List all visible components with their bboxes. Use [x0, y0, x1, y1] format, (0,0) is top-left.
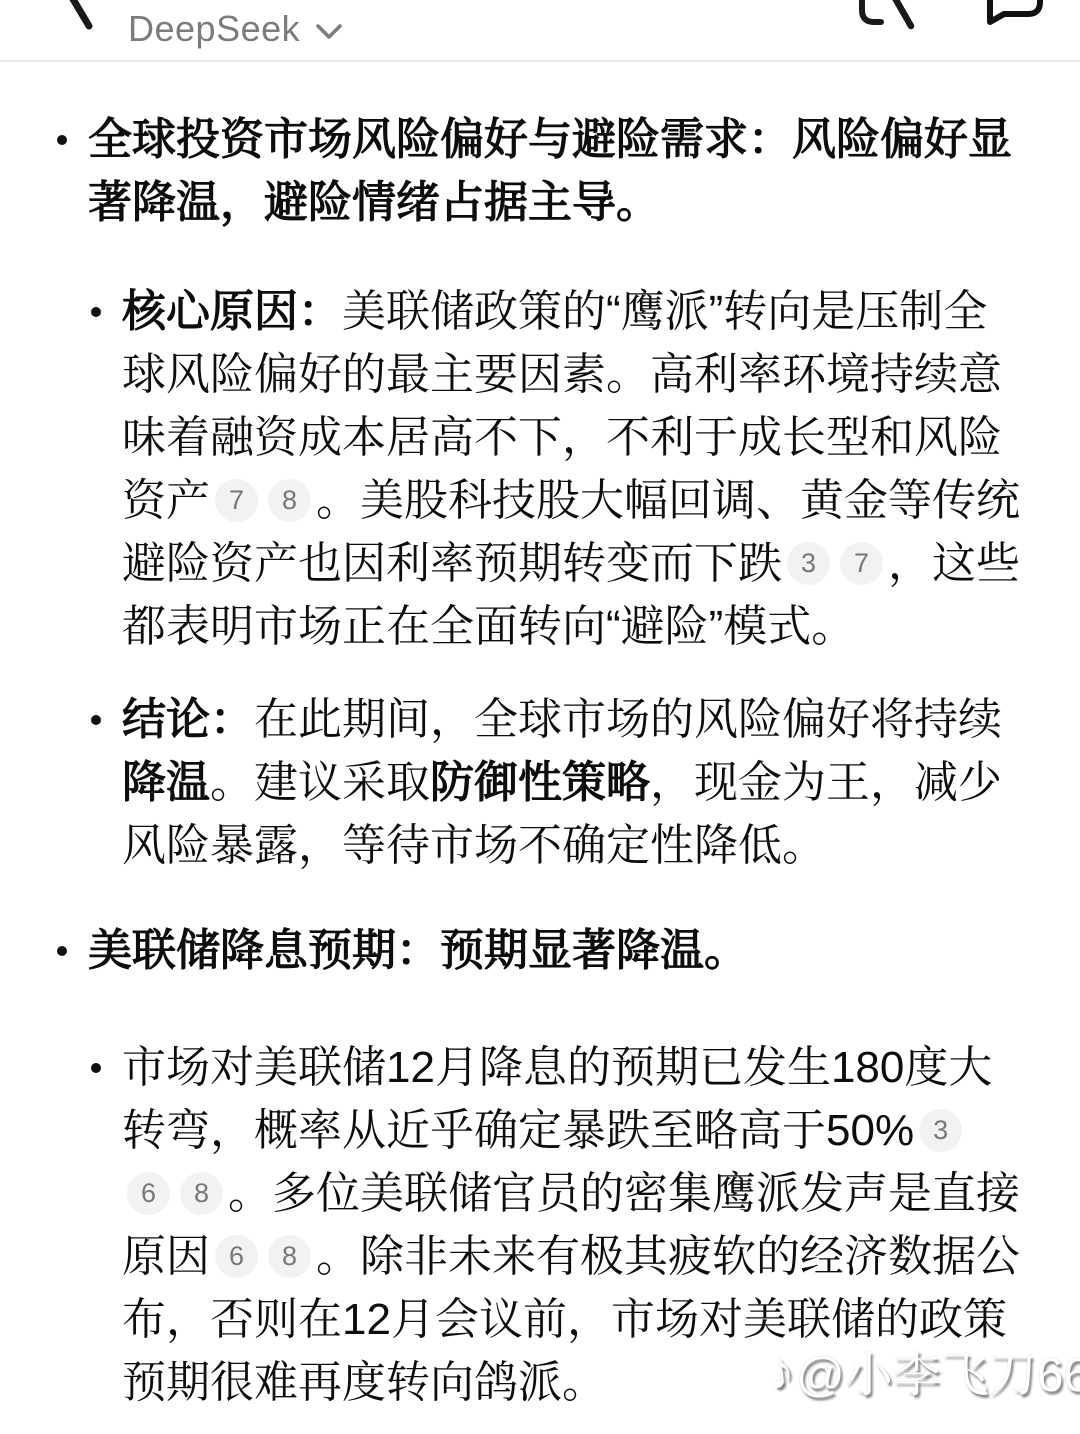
- assistant-message: 全球投资市场风险偏好与避险需求：风险偏好显著降温，避险情绪占据主导。核心原因：美…: [0, 62, 1080, 1414]
- bold-text: 核心原因：: [122, 287, 342, 336]
- list-item-text: 结论：在此期间，全球市场的风险偏好将持续降温。建议采取防御性策略，现金为王，减少…: [122, 695, 1002, 870]
- citation-badge[interactable]: 3: [787, 542, 830, 585]
- bullet-dot: [91, 715, 101, 725]
- top-bar: DeepSeek: [0, 0, 1080, 62]
- chat-bubble-icon[interactable]: [982, 0, 1048, 32]
- citation-badge[interactable]: 8: [268, 1235, 311, 1278]
- bold-text: 结论：: [122, 695, 254, 744]
- bold-text: 降温: [122, 758, 210, 807]
- list-item: 美联储降息预期：预期显著降温。: [0, 919, 1020, 982]
- bullet-list: 全球投资市场风险偏好与避险需求：风险偏好显著降温，避险情绪占据主导。核心原因：美…: [0, 108, 1020, 1414]
- citation-badge[interactable]: 3: [919, 1109, 962, 1152]
- bullet-dot: [91, 1063, 101, 1073]
- bold-text: 全球投资市场风险偏好与避险需求：风险偏好显著降温，避险情绪占据主导。: [88, 115, 1012, 227]
- list-item: 结论：在此期间，全球市场的风险偏好将持续降温。建议采取防御性策略，现金为王，减少…: [0, 688, 1020, 877]
- list-item-text: 全球投资市场风险偏好与避险需求：风险偏好显著降温，避险情绪占据主导。: [88, 115, 1012, 227]
- citation-badge[interactable]: 7: [840, 542, 883, 585]
- citation-badge[interactable]: 6: [215, 1235, 258, 1278]
- list-item-text: 核心原因：美联储政策的“鹰派”转向是压制全球风险偏好的最主要因素。高利率环境持续…: [122, 287, 1020, 651]
- compose-icon[interactable]: [854, 0, 918, 34]
- list-item: 市场对美联储12月降息的预期已发生180度大转弯，概率从近乎确定暴跌至略高于50…: [0, 1036, 1020, 1414]
- bullet-dot: [57, 946, 67, 956]
- citation-badge[interactable]: 6: [127, 1172, 170, 1215]
- list-item-text: 市场对美联储12月降息的预期已发生180度大转弯，概率从近乎确定暴跌至略高于50…: [122, 1043, 1020, 1407]
- deepseek-share-screen: DeepSeek 全球投资市场风险偏好与避险需求：风险偏好显著降温，避险情绪占据…: [0, 0, 1080, 1434]
- bold-text: 美联储降息预期：预期显著降温。: [88, 926, 748, 975]
- citation-badge[interactable]: 7: [215, 479, 258, 522]
- bullet-dot: [57, 135, 67, 145]
- back-icon[interactable]: [40, 0, 110, 44]
- model-selector[interactable]: DeepSeek: [128, 0, 344, 58]
- citation-badge[interactable]: 8: [180, 1172, 223, 1215]
- bullet-dot: [91, 307, 101, 317]
- list-item-text: 美联储降息预期：预期显著降温。: [88, 926, 748, 975]
- chevron-down-icon: [314, 22, 344, 42]
- citation-badge[interactable]: 8: [268, 479, 311, 522]
- list-item: 全球投资市场风险偏好与避险需求：风险偏好显著降温，避险情绪占据主导。: [0, 108, 1020, 234]
- app-title: DeepSeek: [128, 8, 300, 50]
- bold-text: 防御性策略: [430, 758, 650, 807]
- list-item: 核心原因：美联储政策的“鹰派”转向是压制全球风险偏好的最主要因素。高利率环境持续…: [0, 280, 1020, 658]
- header-actions: [820, 0, 1080, 60]
